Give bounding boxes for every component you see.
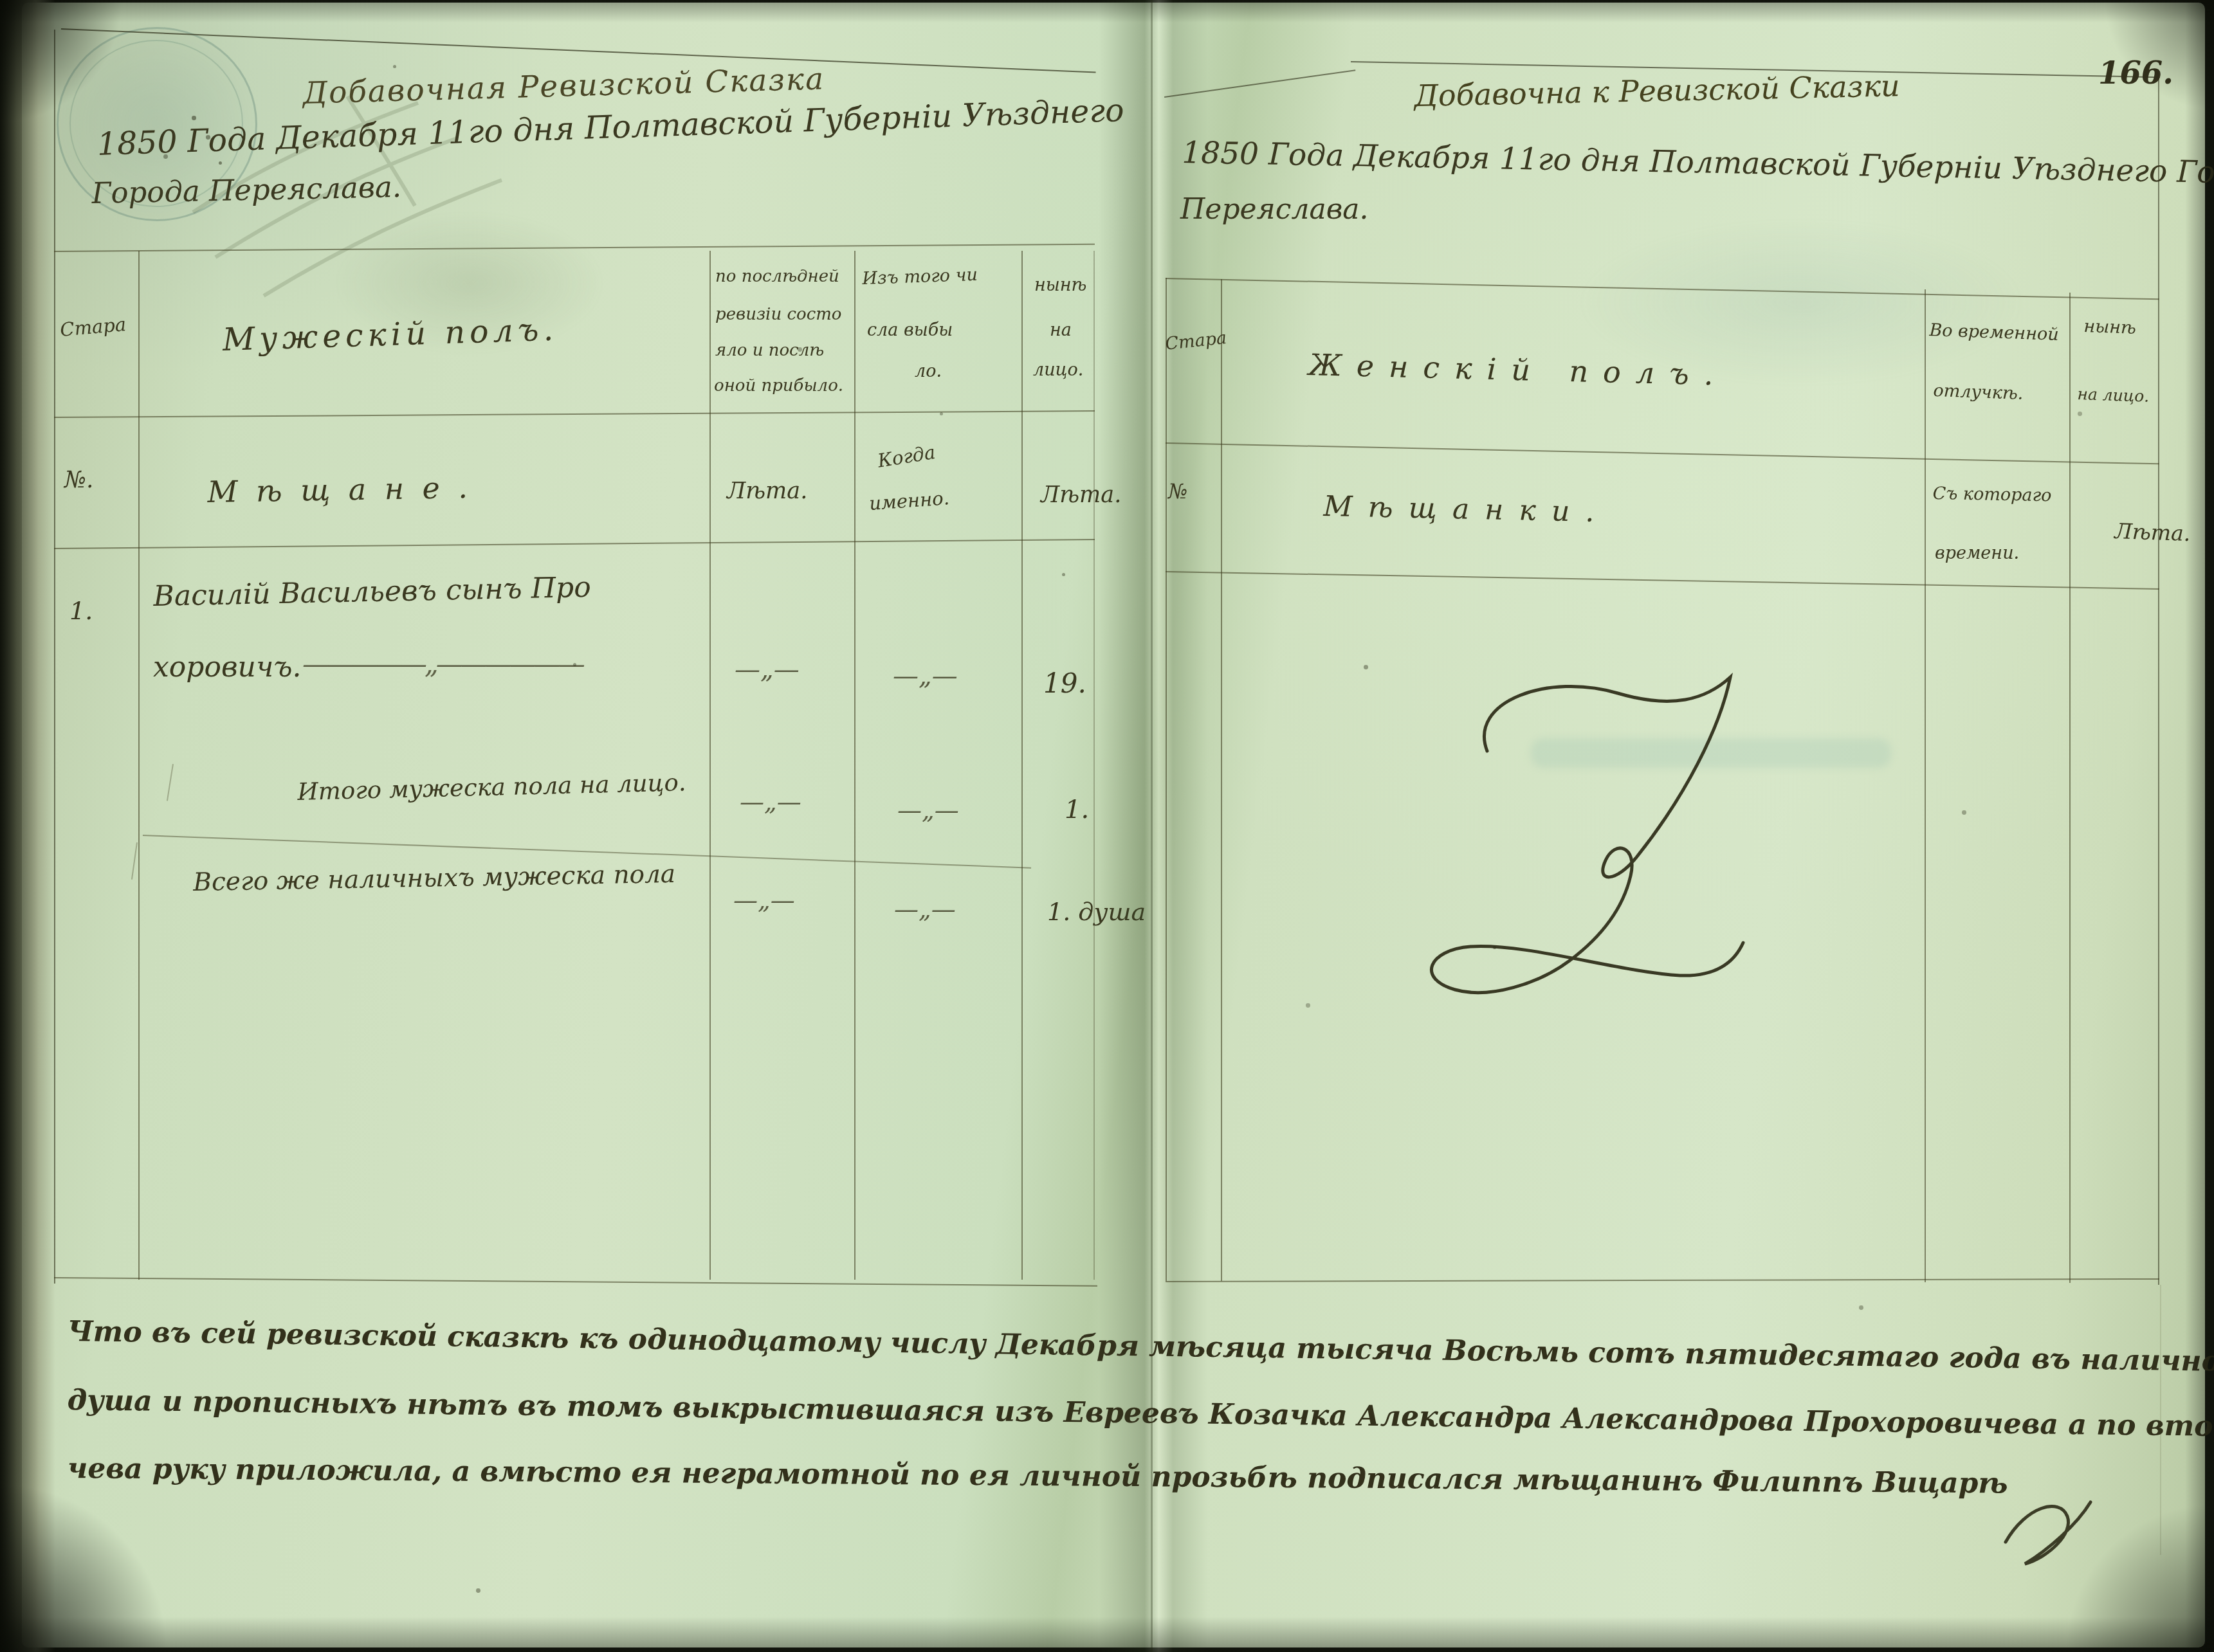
left-table-col-divider: [854, 251, 855, 1280]
scanned-revision-list-1850: Добавочная Ревизской Сказка 1850 Года Де…: [0, 0, 2214, 1652]
left-col-header-prev-line2: ревизіи состо: [715, 305, 842, 324]
right-table-left-border: [1166, 278, 1167, 1281]
left-table-col-divider: [709, 251, 711, 1280]
row1-name-line2: хоровичъ.: [153, 651, 302, 684]
right-heading-line3: Переяслава.: [1180, 193, 1368, 226]
right-subheader-names: Мѣщанки.: [1323, 490, 1610, 529]
left-col-header-present-line3: лицо.: [1033, 360, 1083, 380]
left-col-header-present-line1: нынѣ: [1034, 275, 1086, 295]
row1-dash-departed: —„—: [893, 661, 958, 691]
page-number: 166.: [2098, 55, 2173, 91]
total-row-value: 1.: [1065, 795, 1089, 824]
left-col-header-present-line2: на: [1050, 320, 1072, 340]
right-page-right-rule: [2158, 76, 2159, 1285]
right-table-col-divider: [1925, 289, 1926, 1282]
grand-total-dash-prev: —„—: [733, 886, 795, 914]
left-subheader-names: Мѣщане.: [207, 469, 486, 509]
right-col-header-present-line1: нынѣ: [2083, 316, 2136, 338]
right-table-col-divider: [1221, 279, 1222, 1281]
left-table-right-border: [1093, 251, 1095, 1280]
left-col-header-departed-line1: Изъ того чи: [862, 265, 978, 289]
right-subheader-absence-line1: Съ котораго: [1932, 484, 2051, 505]
left-col-header-prev-line3: яло и послѣ: [715, 341, 824, 360]
left-heading-line3: Города Переяслава.: [91, 170, 402, 210]
left-table-col-divider: [1021, 251, 1023, 1280]
row1-age: 19.: [1043, 667, 1086, 699]
left-subheader-prev: Лѣта.: [727, 478, 807, 504]
left-page-left-rule: [54, 30, 55, 1284]
ink-specks: [0, 0, 2, 2]
grand-total-dash-departed: —„—: [894, 895, 956, 923]
row1-dash-fill: —————„——————: [302, 648, 583, 680]
row1-dash-prev: —„—: [735, 655, 800, 684]
total-row-dash-prev: —„—: [740, 788, 801, 816]
right-subheader-present: Лѣта.: [2114, 518, 2191, 546]
right-subheader-num: №: [1168, 479, 1187, 504]
right-col-header-present-line2: на лицо.: [2077, 385, 2150, 406]
left-subheader-num: №.: [64, 467, 94, 493]
left-col-header-prev-line4: оной прибыло.: [714, 376, 843, 395]
row1-number: 1.: [69, 597, 93, 625]
torn-paper-edge: [0, 0, 55, 1652]
left-col-header-departed-line3: ло.: [915, 361, 942, 381]
left-col-header-departed-line2: сла выбы: [867, 320, 953, 340]
right-table-col-divider: [2069, 293, 2071, 1283]
left-col-header-prev-line1: по послѣдней: [715, 267, 839, 286]
left-table-col-divider: [138, 251, 140, 1280]
total-row-dash-departed: —„—: [897, 796, 959, 824]
right-col-header-absence-line2: отлучкѣ.: [1933, 381, 2024, 404]
right-subheader-absence-line2: времени.: [1935, 543, 2019, 563]
